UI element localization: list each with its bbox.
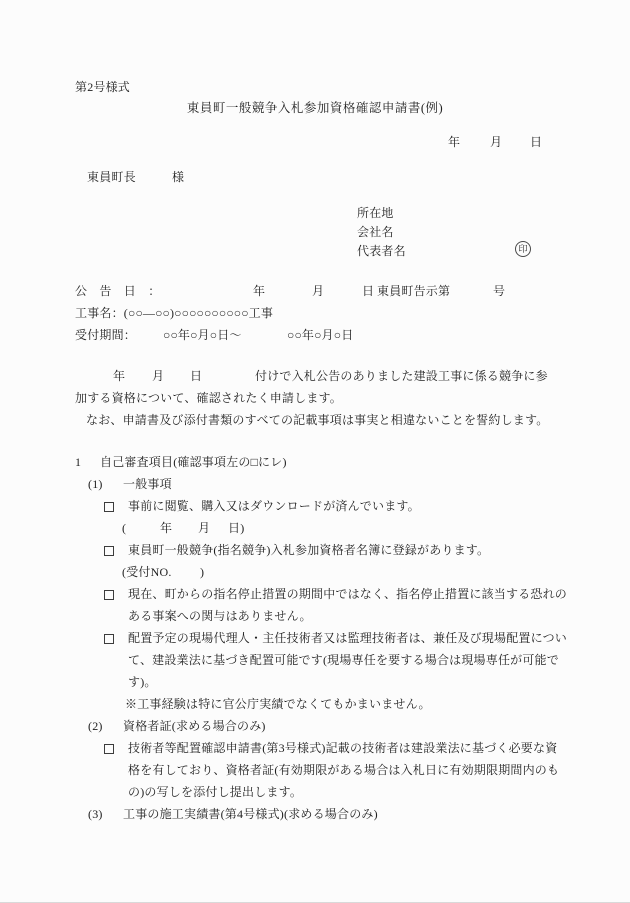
item2-reception-no-open: (受付NO. xyxy=(122,565,172,580)
checkbox-prior-viewing-icon xyxy=(104,502,114,512)
checklist-item-line: 東員町一般競争(指名競争)入札参加資格者名簿に登録があります。 xyxy=(128,543,489,558)
checklist-item-note: ※工事経験は特に官公庁実績でなくてもかまいません。 xyxy=(125,697,431,712)
section-3-number: (3) xyxy=(88,807,103,822)
checklist-heading-number: 1 xyxy=(75,455,81,470)
seal-mark-icon: 印 xyxy=(515,241,531,257)
section-2-title: 資格者証(求める場合のみ) xyxy=(123,719,266,734)
addressee-name: 東員町長 xyxy=(87,170,136,185)
section-1-title: 一般事項 xyxy=(123,477,172,492)
header-date-year-label: 年 xyxy=(448,135,460,150)
addressee-honorific: 様 xyxy=(172,170,184,185)
checklist-item-line: て、建設業法に基づき配置可能です(現場専任を要する場合は現場専任が可能で xyxy=(128,653,559,668)
announcement-number-suffix: 号 xyxy=(493,284,505,299)
declaration-line3: なお、申請書及び添付書類のすべての記載事項は事実と相違ないことを誓約します。 xyxy=(86,413,548,428)
checklist-item-line: 格を有しており、資格者証(有効期限がある場合は入札日に有効期限期間内のも xyxy=(128,763,559,778)
applicant-address-label: 所在地 xyxy=(357,206,394,221)
checkbox-engineer-assignment-icon xyxy=(104,634,114,644)
header-date-month-label: 月 xyxy=(490,135,502,150)
checkbox-no-suspension-icon xyxy=(104,590,114,600)
checklist-item-line: の)の写しを添付し提出します。 xyxy=(128,785,302,800)
item1-date-month-label: 月 xyxy=(198,521,210,536)
reception-period-label: 受付期間： xyxy=(75,328,136,343)
checkbox-roster-registration-icon xyxy=(104,546,114,556)
section-2-number: (2) xyxy=(88,719,103,734)
checklist-item-line: 技術者等配置確認申請書(第3号様式)記載の技術者は建設業法に基づく必要な資 xyxy=(128,741,557,756)
declaration-year-label: 年 xyxy=(113,369,125,384)
checklist-item-line: 現在、町からの指名停止措置の期間中ではなく、指名停止措置に該当する恐れの xyxy=(128,587,567,602)
checklist-item-line: 事前に閲覧、購入又はダウンロードが済んでいます。 xyxy=(128,499,420,514)
announcement-month-label: 月 xyxy=(312,284,324,299)
item1-date-year-label: 年 xyxy=(160,521,172,536)
checklist-heading-text: 自己審査項目(確認事項左の□にレ) xyxy=(100,455,287,470)
section-1-number: (1) xyxy=(88,477,103,492)
item1-date-open: ( xyxy=(122,521,126,536)
announcement-gazette-label: 東員町告示第 xyxy=(377,284,450,299)
item1-date-day-close: 日) xyxy=(228,521,244,536)
document-title: 東員町一般競争入札参加資格確認申請書(例) xyxy=(0,101,630,116)
section-3-title: 工事の施工実績書(第4号様式)(求める場合のみ) xyxy=(123,807,378,822)
declaration-line1: 付けで入札公告のありました建設工事に係る競争に参 xyxy=(255,369,548,384)
reception-period-to: ○○年○月○日 xyxy=(287,328,353,343)
declaration-month-label: 月 xyxy=(152,369,164,384)
checkbox-qualification-cert-icon xyxy=(104,744,114,754)
checklist-item-line: ある事案への関与はありません。 xyxy=(128,609,312,624)
declaration-line2: 加する資格について、確認されたく申請します。 xyxy=(75,391,342,406)
announcement-label: 公 告 日 ： xyxy=(75,284,160,299)
announcement-year-label: 年 xyxy=(253,284,265,299)
project-name-line: 工事名：(○○―○○)○○○○○○○○○○工事 xyxy=(75,306,273,321)
announcement-day-label: 日 xyxy=(362,284,374,299)
form-number: 第2号様式 xyxy=(75,80,130,95)
header-date-day-label: 日 xyxy=(530,135,542,150)
checklist-item-line: す)。 xyxy=(128,675,157,690)
document-page: 第2号様式 東員町一般競争入札参加資格確認申請書(例) 年 月 日 東員町長 様… xyxy=(0,0,630,903)
reception-period-from: ○○年○月○日～ xyxy=(163,328,242,343)
item2-reception-no-close: ) xyxy=(200,565,204,580)
applicant-representative-label: 代表者名 xyxy=(357,244,406,259)
checklist-item-line: 配置予定の現場代理人・主任技術者又は監理技術者は、兼任及び現場配置につい xyxy=(128,631,567,646)
applicant-company-label: 会社名 xyxy=(357,225,394,240)
declaration-day-label: 日 xyxy=(190,369,202,384)
